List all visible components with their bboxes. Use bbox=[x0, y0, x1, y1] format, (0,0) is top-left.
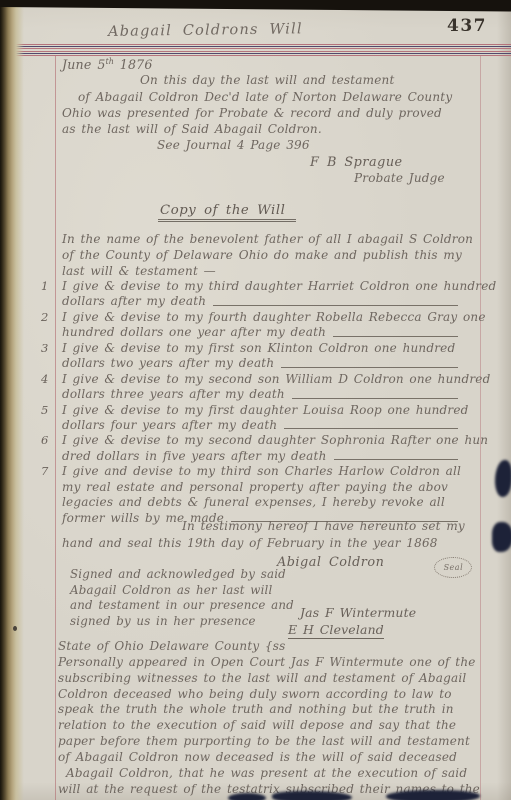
entry-date-day: June 5 bbox=[62, 57, 106, 72]
item-text: I give & devise to my second daughter So… bbox=[62, 433, 488, 447]
judge-signature: F B Sprague bbox=[62, 155, 462, 171]
will-item-row: dollars after my death bbox=[32, 294, 462, 309]
ink-blot bbox=[495, 460, 511, 497]
item-text: I give & devise to my fourth daughter Ro… bbox=[62, 310, 486, 324]
ink-smudge bbox=[386, 790, 480, 800]
will-item-row: legacies and debts & funeral expenses, I… bbox=[32, 495, 462, 510]
certificate-line: Personally appeared in Open Court Jas F … bbox=[58, 655, 464, 671]
item-text: dollars two years after my death bbox=[62, 356, 274, 370]
probate-entry: June 5th 1876 On this day the last will … bbox=[62, 57, 462, 187]
preamble-line: last will & testament — bbox=[62, 264, 462, 280]
venue-line: State of Ohio Delaware County {ss bbox=[58, 639, 464, 655]
probate-line: On this day the last will and testament bbox=[62, 73, 462, 89]
item-text: I give & devise to my third daughter Har… bbox=[62, 279, 496, 293]
fill-rule bbox=[281, 367, 458, 368]
certificate-line: speak the truth the whole truth and noth… bbox=[58, 702, 464, 718]
ink-smudge bbox=[272, 791, 352, 800]
probate-line: of Abagail Coldron Dec'd late of Norton … bbox=[62, 90, 462, 106]
item-number: 2 bbox=[32, 310, 62, 324]
will-preamble: In the name of the benevolent father of … bbox=[62, 232, 462, 280]
will-item-row: 7I give and devise to my third son Charl… bbox=[32, 464, 462, 479]
certificate-line: of Abagail Coldron now deceased is the w… bbox=[58, 750, 464, 766]
book-binding-edge bbox=[0, 0, 24, 800]
header-rule-bottom bbox=[0, 51, 511, 56]
right-margin-line bbox=[480, 56, 481, 800]
entry-date: June 5th 1876 bbox=[62, 57, 462, 73]
certificate-line: paper before them purporting to be the l… bbox=[58, 734, 464, 750]
item-text: dollars after my death bbox=[62, 294, 206, 308]
certificate-line: subscribing witnesses to the last will a… bbox=[58, 671, 464, 687]
header-rule-top bbox=[0, 44, 511, 49]
page-number: 437 bbox=[447, 16, 487, 36]
will-item-row: dollars two years after my death bbox=[32, 356, 462, 371]
will-item-row: 2I give & devise to my fourth daughter R… bbox=[32, 310, 462, 325]
item-text: my real estate and personal property aft… bbox=[62, 480, 448, 494]
witness-signatures: Jas F Wintermute E H Cleveland bbox=[288, 605, 438, 638]
witness-signature: Jas F Wintermute bbox=[288, 605, 438, 622]
certificate-line: Coldron deceased who being duly sworn ac… bbox=[58, 687, 464, 703]
page-title: Abagail Coldrons Will bbox=[108, 20, 388, 40]
fill-rule bbox=[292, 398, 458, 399]
fill-rule bbox=[213, 305, 458, 306]
entry-date-year: 1876 bbox=[120, 57, 153, 72]
entry-date-ordinal: th bbox=[106, 57, 114, 66]
attestation-line: Abagail Coldron as her last will bbox=[70, 583, 330, 599]
ink-smudge bbox=[228, 793, 266, 800]
seal-stamp: Seal bbox=[434, 557, 472, 578]
ink-blot bbox=[492, 522, 511, 552]
will-item-row: dred dollars in five years after my deat… bbox=[32, 449, 462, 464]
item-text: legacies and debts & funeral expenses, I… bbox=[62, 495, 445, 509]
item-text: I give & devise to my first son Klinton … bbox=[62, 341, 455, 355]
certificate-line: Abagail Coldron, that he was present at … bbox=[58, 766, 464, 782]
probate-line: Ohio was presented for Probate & record … bbox=[62, 106, 462, 122]
preamble-line: In the name of the benevolent father of … bbox=[62, 232, 462, 248]
item-text: hundred dollars one year after my death bbox=[62, 325, 326, 339]
fill-rule bbox=[333, 336, 458, 337]
will-item-row: 4I give & devise to my second son Willia… bbox=[32, 372, 462, 387]
will-item-row: dollars four years after my death bbox=[32, 418, 462, 433]
preamble-line: of the County of Delaware Ohio do make a… bbox=[62, 248, 462, 264]
paper-speck bbox=[13, 626, 17, 631]
ledger-page: Abagail Coldrons Will 437 June 5th 1876 … bbox=[0, 0, 511, 800]
photo-top-edge bbox=[0, 0, 511, 12]
will-heading-text: Copy of the Will bbox=[158, 203, 296, 222]
item-text: I give & devise to my first daughter Lou… bbox=[62, 403, 469, 417]
fill-rule bbox=[284, 428, 458, 429]
probate-line: as the last will of Said Abagail Coldron… bbox=[62, 122, 462, 138]
fill-rule bbox=[334, 459, 459, 460]
testimonium: In testimony hereof I have hereunto set … bbox=[62, 519, 464, 569]
will-item-row: hundred dollars one year after my death bbox=[32, 325, 462, 340]
will-item-row: my real estate and personal property aft… bbox=[32, 480, 462, 495]
witness-signature: E H Cleveland bbox=[288, 622, 438, 639]
testimonium-line: hand and seal this 19th day of February … bbox=[62, 536, 464, 553]
journal-reference: See Journal 4 Page 396 bbox=[62, 138, 462, 154]
item-text: I give and devise to my third son Charle… bbox=[62, 464, 461, 478]
will-item-row: dollars three years after my death bbox=[32, 387, 462, 402]
witness-signature-underlined: E H Cleveland bbox=[288, 622, 384, 639]
will-item-row: 3I give & devise to my first son Klinton… bbox=[32, 341, 462, 356]
item-text: dollars four years after my death bbox=[62, 418, 277, 432]
attestation-line: Signed and acknowledged by said bbox=[70, 567, 330, 583]
item-number: 3 bbox=[32, 341, 62, 355]
item-number: 4 bbox=[32, 372, 62, 386]
certificate-line: relation to the execution of said will d… bbox=[58, 718, 464, 734]
testimonium-line: In testimony hereof I have hereunto set … bbox=[62, 519, 464, 536]
item-number: 7 bbox=[32, 464, 62, 478]
will-items: 1I give & devise to my third daughter Ha… bbox=[32, 279, 462, 526]
will-item-row: 5I give & devise to my first daughter Lo… bbox=[32, 403, 462, 418]
probate-certificate: State of Ohio Delaware County {ss Person… bbox=[58, 639, 464, 797]
item-number: 5 bbox=[32, 403, 62, 417]
will-item-row: 1I give & devise to my third daughter Ha… bbox=[32, 279, 462, 294]
item-number: 1 bbox=[32, 279, 62, 293]
item-text: I give & devise to my second son William… bbox=[62, 372, 490, 386]
judge-title: Probate Judge bbox=[62, 171, 462, 187]
item-text: dollars three years after my death bbox=[62, 387, 285, 401]
will-heading: Copy of the Will bbox=[158, 199, 296, 218]
will-item-row: 6I give & devise to my second daughter S… bbox=[32, 433, 462, 448]
item-text: dred dollars in five years after my deat… bbox=[62, 449, 327, 463]
item-number: 6 bbox=[32, 433, 62, 447]
